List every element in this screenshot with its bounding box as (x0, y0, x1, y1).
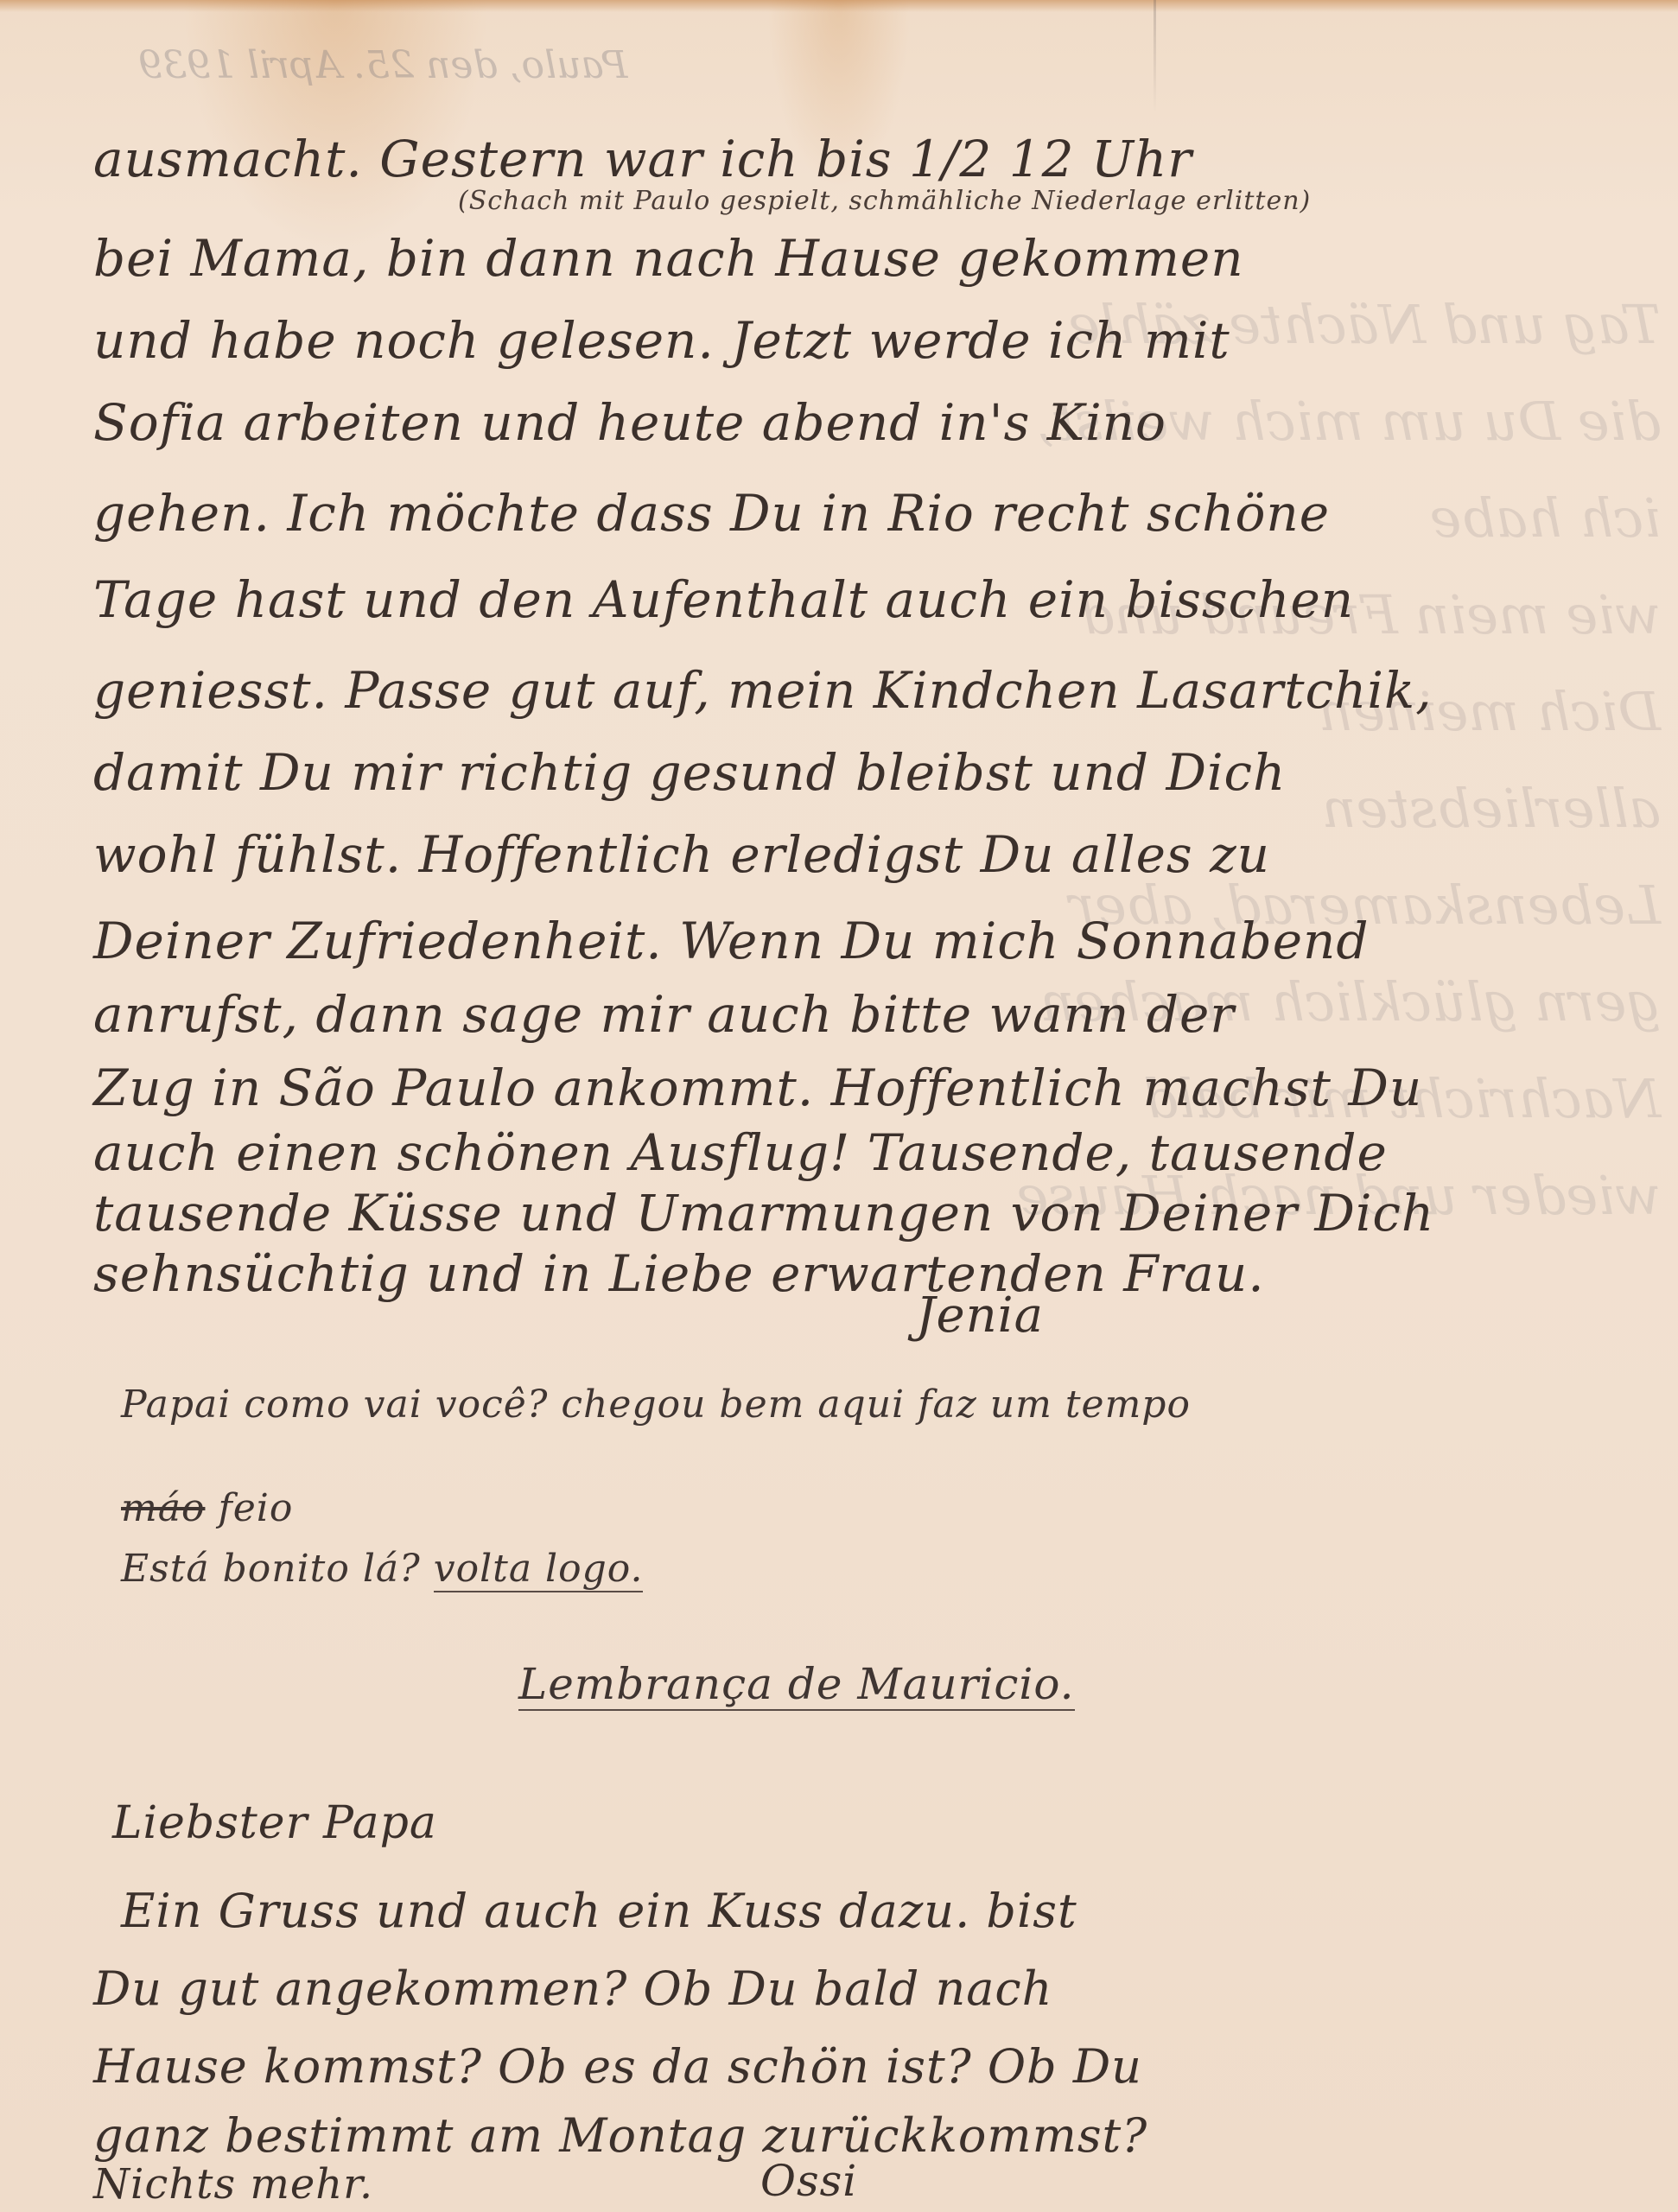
signature-jenia: Jenia (916, 1287, 1044, 1344)
ossi-line-4: ganz bestimmt am Montag zurückkommst? (93, 2108, 1147, 2163)
mauricio-volta-logo: volta logo. (434, 1547, 644, 1592)
signature-ossi: Ossi (760, 2156, 857, 2206)
paper-fold (1154, 0, 1156, 112)
ossi-salutation: Liebster Papa (112, 1797, 437, 1849)
signature-mauricio-text: Lembrança de Mauricio. (518, 1659, 1075, 1711)
letter-line-4: Sofia arbeiten und heute abend in's Kino (93, 393, 1166, 452)
paper-stain (0, 0, 1678, 12)
ossi-line-3: Hause kommst? Ob es da schön ist? Ob Du (93, 2039, 1142, 2094)
ossi-line-2: Du gut angekommen? Ob Du bald nach (93, 1961, 1052, 2016)
letter-line-10: Deiner Zufriedenheit. Wenn Du mich Sonna… (93, 912, 1370, 970)
mauricio-line-1: Papai como vai você? chegou bem aqui faz… (121, 1382, 1191, 1427)
mauricio-struck-word: máo (121, 1486, 205, 1530)
letter-page: Paulo, den 25. April 1939 Tag und Nächte… (0, 0, 1678, 2212)
mauricio-question: Está bonito lá? (121, 1547, 421, 1591)
mauricio-line-2: máo feio (121, 1486, 293, 1530)
letter-line-3: und habe noch gelesen. Jetzt werde ich m… (93, 311, 1230, 370)
letter-line-1: ausmacht. Gestern war ich bis 1/2 12 Uhr (93, 130, 1192, 188)
bleed-through-header: Paulo, den 25. April 1939 (138, 43, 627, 87)
letter-line-9: wohl fühlst. Hoffentlich erledigst Du al… (93, 825, 1270, 884)
letter-line-13: auch einen schönen Ausflug! Tausende, ta… (93, 1123, 1388, 1182)
letter-aside-chess: (Schach mit Paulo gespielt, schmähliche … (458, 186, 1311, 216)
letter-line-2: bei Mama, bin dann nach Hause gekommen (93, 229, 1244, 288)
mauricio-line-3: Está bonito lá? volta logo. (121, 1547, 643, 1591)
letter-line-8: damit Du mir richtig gesund bleibst und … (93, 743, 1286, 802)
letter-line-11: anrufst, dann sage mir auch bitte wann d… (93, 985, 1235, 1044)
ossi-line-5: Nichts mehr. (93, 2160, 373, 2209)
mauricio-line-2-word: feio (218, 1486, 293, 1530)
letter-line-5: gehen. Ich möchte dass Du in Rio recht s… (93, 484, 1330, 543)
letter-line-15: sehnsüchtig und in Liebe erwartenden Fra… (93, 1244, 1265, 1303)
letter-line-12: Zug in São Paulo ankommt. Hoffentlich ma… (93, 1058, 1422, 1117)
letter-line-6: Tage hast und den Aufenthalt auch ein bi… (93, 570, 1354, 629)
ossi-line-1: Ein Gruss und auch ein Kuss dazu. bist (121, 1884, 1077, 1938)
signature-mauricio: Lembrança de Mauricio. (518, 1659, 1075, 1709)
letter-line-14: tausende Küsse und Umarmungen von Deiner… (93, 1184, 1434, 1243)
letter-line-7: geniesst. Passe gut auf, mein Kindchen L… (93, 661, 1433, 720)
